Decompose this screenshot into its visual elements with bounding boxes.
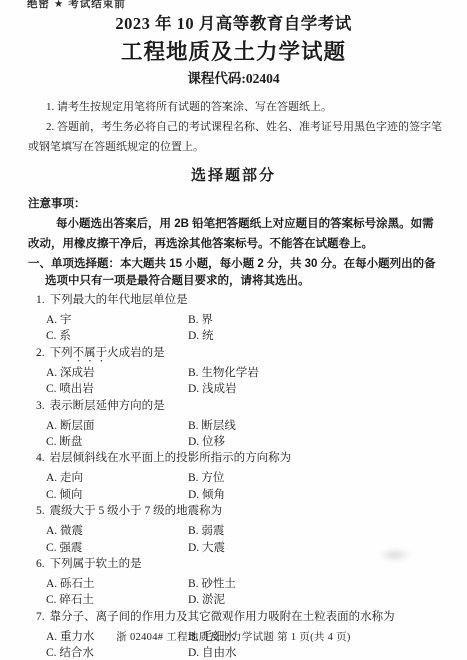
option-a: A. 断层面 — [46, 418, 188, 434]
option-a: A. 砾石土 — [46, 576, 188, 592]
exam-session-title: 2023 年 10 月高等教育自学考试 — [0, 13, 467, 34]
option-b: B. 弱震 — [188, 523, 447, 539]
security-marking: 绝密 ★ 考试结束前 — [27, 0, 126, 11]
choice-section-heading: 选择题部分 — [0, 166, 467, 186]
option-row: C. 喷出岩 D. 浅成岩 — [46, 381, 447, 397]
option-b: B. 砂性土 — [188, 576, 447, 592]
question-text: 岩层倾斜线在水平面上的投影所指示的方向称为 — [50, 452, 292, 464]
option-b: B. 方位 — [188, 470, 447, 486]
question-stem: 2.下列不属于火成岩的是 — [36, 345, 447, 365]
option-row: A. 深成岩 B. 生物化学岩 — [46, 365, 447, 381]
question-number: 3. — [36, 400, 45, 412]
option-row: A. 宇 B. 界 — [46, 312, 447, 328]
question-number: 7. — [36, 611, 45, 623]
option-d: D. 统 — [188, 328, 447, 344]
option-row: C. 断盘 D. 位移 — [46, 434, 447, 450]
page-footer: 浙 02404# 工程地质及土力学试题 第 1 页(共 4 页) — [0, 629, 467, 644]
option-row: A. 微震 B. 弱震 — [46, 523, 447, 539]
option-d: D. 淤泥 — [188, 592, 447, 608]
question-text-emphasis: 不属于 — [73, 347, 108, 359]
question-stem: 7.靠分子、离子间的作用力及其它微观作用力吸附在土粒表面的水称为 — [36, 609, 447, 629]
title-block: 2023 年 10 月高等教育自学考试 工程地质及土力学试题 课程代码:0240… — [0, 0, 467, 88]
question-1: 1.下列最大的年代地层单位是 A. 宇 B. 界 C. 系 D. 统 — [36, 292, 447, 345]
option-a: A. 微震 — [46, 523, 188, 539]
question-stem: 1.下列最大的年代地层单位是 — [36, 292, 447, 312]
option-c: C. 系 — [46, 328, 188, 344]
question-stem: 5.震级大于 5 级小于 7 级的地震称为 — [36, 503, 447, 523]
option-c: C. 喷出岩 — [46, 381, 188, 397]
question-5: 5.震级大于 5 级小于 7 级的地震称为 A. 微震 B. 弱震 C. 强震 … — [36, 503, 447, 556]
option-row: C. 倾向 D. 倾角 — [46, 487, 447, 503]
option-row: C. 结合水 D. 自由水 — [46, 645, 447, 660]
option-row: C. 强震 D. 大震 — [46, 540, 447, 556]
question-number: 2. — [36, 347, 45, 359]
question-text: 震级大于 5 级小于 7 级的地震称为 — [50, 505, 223, 517]
question-number: 6. — [36, 558, 45, 570]
exam-paper-page: 绝密 ★ 考试结束前 2023 年 10 月高等教育自学考试 工程地质及土力学试… — [0, 0, 467, 660]
question-text: 下列最大的年代地层单位是 — [50, 294, 188, 306]
option-d: D. 大震 — [188, 540, 447, 556]
option-row: C. 系 D. 统 — [46, 328, 447, 344]
instruction-item-2: 2. 答题前，考生务必将自己的考试课程名称、姓名、准考证号用黑色字迹的签字笔或钢… — [28, 117, 444, 157]
question-number: 5. — [36, 505, 45, 517]
option-b: B. 断层线 — [188, 418, 447, 434]
course-code: 课程代码:02404 — [0, 70, 467, 88]
question-number: 1. — [36, 294, 45, 306]
option-c: C. 断盘 — [46, 434, 188, 450]
option-row: A. 断层面 B. 断层线 — [46, 418, 447, 434]
question-6: 6.下列属于软土的是 A. 砾石土 B. 砂性土 C. 碎石土 D. 淤泥 — [36, 556, 447, 609]
question-3: 3.表示断层延伸方向的是 A. 断层面 B. 断层线 C. 断盘 D. 位移 — [36, 398, 447, 451]
question-text: 靠分子、离子间的作用力及其它微观作用力吸附在土粒表面的水称为 — [50, 611, 395, 623]
question-number: 4. — [36, 452, 45, 464]
option-row: A. 砾石土 B. 砂性土 — [46, 576, 447, 592]
question-text: 下列 — [50, 347, 73, 359]
exam-subject-title: 工程地质及土力学试题 — [0, 39, 467, 65]
question-stem: 4.岩层倾斜线在水平面上的投影所指示的方向称为 — [36, 450, 447, 470]
notes-body: 每小题选出答案后，用 2B 铅笔把答题纸上对应题目的答案标号涂黑。如需改动，用橡… — [28, 214, 445, 254]
option-c: C. 碎石土 — [46, 592, 188, 608]
question-4: 4.岩层倾斜线在水平面上的投影所指示的方向称为 A. 走向 B. 方位 C. 倾… — [36, 450, 447, 503]
question-text: 表示断层延伸方向的是 — [50, 400, 165, 412]
general-instructions: 1. 请考生按规定用笔将所有试题的答案涂、写在答题纸上。 2. 答题前，考生务必… — [28, 97, 444, 157]
option-b: B. 生物化学岩 — [188, 365, 447, 381]
notes-label: 注意事项： — [28, 194, 444, 214]
option-c: C. 结合水 — [46, 645, 188, 660]
option-c: C. 倾向 — [46, 487, 188, 503]
option-b: B. 界 — [188, 312, 447, 328]
question-text: 火成岩的是 — [107, 347, 165, 359]
option-d: D. 自由水 — [188, 645, 447, 660]
question-stem: 3.表示断层延伸方向的是 — [36, 398, 447, 418]
option-d: D. 浅成岩 — [188, 381, 447, 397]
question-text: 下列属于软土的是 — [50, 558, 142, 570]
option-a: A. 深成岩 — [46, 365, 188, 381]
question-stem: 6.下列属于软土的是 — [36, 556, 447, 576]
option-row: C. 碎石土 D. 淤泥 — [46, 592, 447, 608]
question-2: 2.下列不属于火成岩的是 A. 深成岩 B. 生物化学岩 C. 喷出岩 D. 浅… — [36, 345, 447, 398]
option-row: A. 走向 B. 方位 — [46, 470, 447, 486]
question-list: 1.下列最大的年代地层单位是 A. 宇 B. 界 C. 系 D. 统 2.下列不… — [36, 292, 447, 660]
part1-heading: 一、单项选择题：本大题共 15 小题，每小题 2 分，共 30 分。在每小题列出… — [28, 256, 447, 290]
option-d: D. 倾角 — [188, 487, 447, 503]
option-d: D. 位移 — [188, 434, 447, 450]
instruction-item-1: 1. 请考生按规定用笔将所有试题的答案涂、写在答题纸上。 — [28, 97, 444, 117]
option-a: A. 宇 — [46, 312, 188, 328]
option-a: A. 走向 — [46, 470, 188, 486]
option-c: C. 强震 — [46, 540, 188, 556]
